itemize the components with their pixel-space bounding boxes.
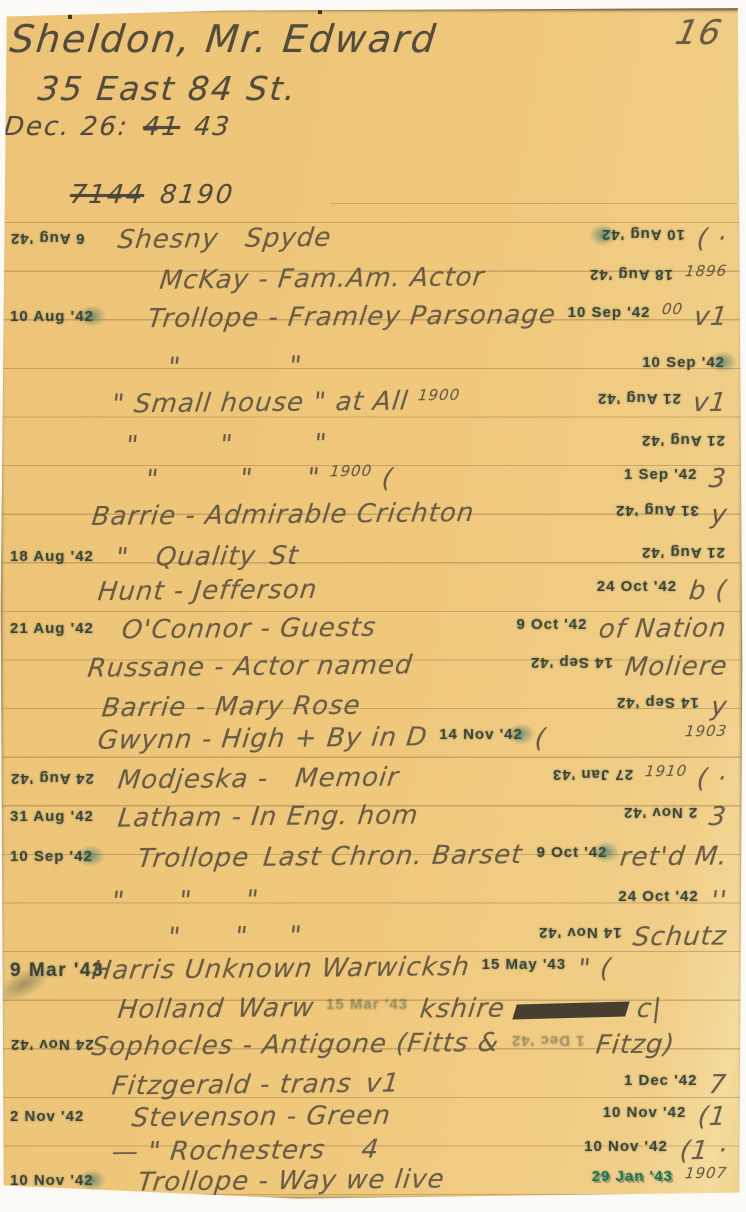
ledger-row: Hunt - Jefferson24 Oct '42b (: [0, 577, 727, 617]
margin-date-stamp: 18 Aug '42: [8, 547, 96, 566]
library-card: Sheldon, Mr. Edward 35 East 84 St. Dec. …: [0, 7, 743, 1201]
date-stamp: 14 Nov '42: [437, 725, 525, 744]
handwritten-text: — " Rochesters 4: [110, 1136, 381, 1167]
date-stamp: 21 Aug '42: [639, 543, 727, 562]
date-stamp: 9 Oct '42: [535, 843, 610, 862]
margin-date-stamp: 31 Aug '42: [8, 807, 96, 826]
handwritten-text: b (: [687, 577, 728, 606]
handwritten-text: 1910: [644, 763, 688, 780]
handwritten-text: Harris Unknown Warwicksh: [90, 953, 471, 986]
date-stamp: 21 Aug '42: [595, 389, 683, 408]
handwritten-text: kshire: [418, 995, 506, 1024]
ledger-row: Russane - Actor named14 Sep '42Moliere: [0, 653, 727, 693]
handwritten-text: Holland Warw: [116, 994, 315, 1025]
borrower-address: 35 East 84 St.: [36, 71, 299, 107]
handwritten-text: Shesny Spyde: [116, 224, 333, 255]
handwritten-text: " Small house " at All: [110, 387, 410, 419]
ledger-row: Gwynn - High + By in D14 Nov '42(1903: [0, 725, 727, 765]
handwritten-text: Fitzg): [595, 1031, 677, 1060]
date-stamp: 10 Nov '42: [601, 1103, 689, 1122]
date-stamp: 2 Nov '42: [621, 803, 699, 822]
handwritten-text: y: [709, 501, 729, 530]
handwritten-text: 1900: [329, 463, 373, 480]
handwritten-text: Moliere: [623, 652, 729, 682]
handwritten-text: Fitzgerald - trans v1: [110, 1069, 401, 1101]
handwritten-text: Schutz: [632, 923, 729, 953]
account-number-line: 7144 8190: [70, 181, 234, 210]
date-stamp: 1 Dec '42: [509, 1031, 586, 1050]
date-year: 43: [192, 113, 232, 142]
ledger-row: Barrie - Admirable Crichton31 Aug '42y: [0, 501, 727, 541]
date-stamp: 10 Nov '42: [582, 1137, 670, 1156]
date-stamp: 15 Mar '43: [324, 995, 410, 1014]
handwritten-text: Stevenson - Green: [130, 1102, 392, 1133]
ledger-row: 24 Aug '42Modjeska - Memoir27 Jan '43191…: [0, 765, 727, 805]
date-stamp: 24 Oct '42: [595, 577, 679, 596]
handwritten-text: 1907: [684, 1165, 728, 1182]
handwritten-text: " ": [166, 352, 303, 382]
handwritten-text: (1: [697, 1103, 729, 1132]
margin-date-stamp: 2 Nov '42: [8, 1107, 86, 1126]
date-struck-out: 41: [141, 113, 181, 142]
date-stamp: 10 Aug '42: [599, 225, 687, 244]
handwritten-text: McKay - Fam.Am. Actor: [158, 263, 486, 295]
date-stamp: 14 Sep '42: [528, 653, 615, 672]
ledger-row: 21 Aug '42O'Connor - Guests9 Oct '42of N…: [0, 615, 727, 655]
handwritten-text: 3: [708, 465, 729, 494]
handwritten-text: 7: [708, 1071, 729, 1100]
handwritten-text: 00: [662, 301, 685, 318]
date-stamp: 14 Sep '42: [614, 693, 701, 712]
ledger-row: 6 Aug '42Shesny Spyde10 Aug '42( ·: [0, 225, 727, 265]
ledger-row: 10 Sep '42Trollope Last Chron. Barset9 O…: [0, 843, 727, 883]
handwritten-text: Trollope Last Chron. Barset: [136, 841, 524, 874]
handwritten-text: " " ": [110, 886, 260, 916]
handwritten-text: Trollope - Way we live: [136, 1165, 446, 1197]
edge-mark: [318, 7, 322, 14]
handwritten-text: (: [533, 725, 547, 754]
date-stamp: 18 Aug '42: [587, 265, 675, 284]
handwritten-text: Sophocles - Antigone (Fitts &: [90, 1029, 501, 1062]
handwritten-text: Russane - Actor named: [86, 651, 414, 683]
handwritten-text: 1900: [417, 387, 461, 404]
date-stamp: 29 Jan '43: [590, 1167, 675, 1186]
ledger-row: 31 Aug '42Latham - In Eng. hom2 Nov '423: [0, 803, 727, 843]
ledger-row: McKay - Fam.Am. Actor18 Aug '421896: [0, 265, 727, 305]
handwritten-text: 3: [708, 803, 729, 832]
ledger-row: 10 Nov '42Trollope - Way we live29 Jan '…: [0, 1167, 727, 1207]
handwritten-text: v1: [691, 389, 728, 418]
handwritten-text: 1903: [684, 723, 728, 740]
handwritten-text: (1 ·: [678, 1137, 728, 1166]
handwritten-text: Barrie - Mary Rose: [100, 692, 362, 723]
handwritten-text: Gwynn - High + By in D: [96, 723, 429, 755]
ruled-line-partial: [330, 203, 737, 204]
handwritten-text: Modjeska - Memoir: [116, 764, 400, 796]
margin-date-stamp: 21 Aug '42: [8, 619, 96, 638]
handwritten-text: ( ·: [696, 765, 729, 794]
ledger-row: " Small house " at All190021 Aug '42v1: [0, 389, 727, 429]
handwritten-text: (: [380, 465, 394, 494]
handwritten-text: " " ": [124, 430, 328, 461]
handwritten-text: 1896: [684, 263, 728, 280]
library-card-scan: Sheldon, Mr. Edward 35 East 84 St. Dec. …: [0, 0, 746, 1212]
date-prefix: Dec. 26:: [2, 113, 130, 142]
ledger-row: 24 Nov '42Sophocles - Antigone (Fitts &1…: [0, 1031, 727, 1071]
date-stamp: 1 Sep '42: [622, 465, 699, 484]
date-stamp: 15 May '43: [480, 955, 568, 974]
handwritten-text: " " ": [166, 922, 303, 952]
date-stamp: 1 Dec '42: [622, 1071, 699, 1090]
handwritten-text: " Quality St: [114, 542, 300, 573]
handwritten-text: " " ": [144, 464, 321, 494]
ledger-row: 10 Aug '42Trollope - Framley Parsonage10…: [0, 303, 727, 343]
ledger-row: " " "24 Oct '42'': [0, 887, 727, 927]
page-number: 16: [672, 15, 725, 52]
date-stamp: 14 Nov '42: [536, 923, 624, 942]
ledger-row: 9 Mar '43Harris Unknown Warwicksh15 May …: [0, 955, 727, 995]
handwritten-text: '': [709, 887, 729, 916]
margin-date-stamp: 10 Sep '42: [8, 847, 95, 866]
handwritten-text: " (: [576, 955, 613, 984]
handwritten-text: of Nation: [598, 614, 729, 644]
date-stamp: 10 Sep '42: [566, 303, 653, 322]
margin-date-stamp: 24 Aug '42: [8, 769, 96, 788]
handwritten-text: c|: [635, 995, 663, 1024]
margin-date-stamp: 10 Aug '42: [8, 307, 96, 326]
handwritten-text: ret'd M.: [618, 842, 729, 872]
margin-date-stamp: 6 Aug '42: [8, 229, 87, 248]
date-stamp: 31 Aug '42: [613, 501, 701, 520]
date-stamp: 10 Sep '42: [640, 353, 727, 372]
date-stamp: 24 Oct '42: [616, 887, 700, 906]
margin-date-stamp: 10 Nov '42: [8, 1171, 96, 1190]
handwritten-text: ( ·: [696, 225, 729, 254]
borrower-name: Sheldon, Mr. Edward: [8, 19, 439, 61]
handwritten-text: Barrie - Admirable Crichton: [90, 499, 476, 532]
handwritten-text: Hunt - Jefferson: [96, 576, 319, 607]
old-account-number: 7144: [68, 181, 145, 210]
account-number: 8190: [159, 181, 236, 210]
handwritten-text: v1: [692, 303, 729, 332]
handwritten-text: Trollope - Framley Parsonage: [146, 301, 557, 334]
date-stamp: 9 Oct '42: [515, 615, 590, 634]
date-stamp: 27 Jan '43: [550, 765, 635, 784]
handwritten-text: Latham - In Eng. hom: [116, 801, 420, 833]
redaction-mark: [512, 1002, 629, 1020]
margin-date-stamp: 24 Nov '42: [8, 1035, 96, 1054]
handwritten-text: y: [709, 693, 729, 722]
handwritten-text: O'Connor - Guests: [120, 614, 378, 645]
date-stamp: 21 Aug '42: [639, 431, 727, 450]
date-line: Dec. 26: 41 43: [4, 113, 231, 142]
